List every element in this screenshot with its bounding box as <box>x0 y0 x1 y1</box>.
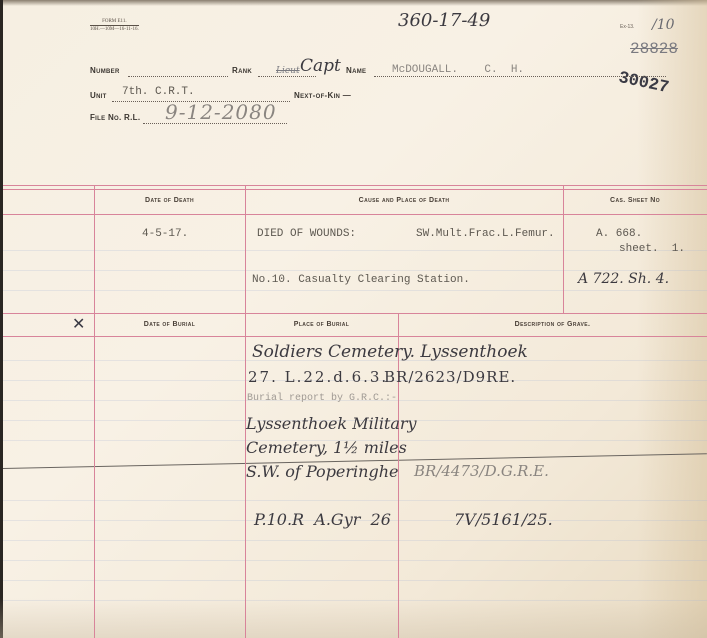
file-no-label: File No. R.L. <box>90 113 140 122</box>
rank-value: Capt <box>300 56 341 76</box>
place-of-death: No.10. Casualty Clearing Station. <box>252 274 470 286</box>
date-of-death: 4-5-17. <box>142 228 188 240</box>
cas-sheet-handwritten: A 722. Sh. 4. <box>578 271 669 287</box>
column-rule <box>245 186 246 638</box>
next-of-kin-label: Next-of-Kin — <box>294 91 351 100</box>
cas-sheet-line2: sheet. 1. <box>619 243 685 255</box>
paper-stain-bottom <box>0 598 707 638</box>
ruled-line <box>3 540 707 541</box>
number-label: Number <box>90 66 120 75</box>
burial-report-line1: Lyssenthoek Military <box>246 414 417 433</box>
column-rule <box>563 186 564 313</box>
ex-label: Ex-13. <box>620 24 634 30</box>
cross-mark: ✕ <box>72 314 85 334</box>
burial-report-line3: S.W. of Poperinghe <box>246 462 398 481</box>
ruled-line <box>3 290 707 291</box>
print-code: 10H.—10M—16-11-16. <box>90 26 139 33</box>
unit-value: 7th. C.R.T. <box>122 86 195 98</box>
paper-top-edge <box>0 0 707 6</box>
cause-of-death: DIED OF WOUNDS: <box>257 228 356 240</box>
header-description-of-grave: Description of Grave. <box>398 321 707 328</box>
header-date-of-death: Date of Death <box>94 197 245 204</box>
form-identifier: FORM E11. 10H.—10M—16-11-16. <box>90 18 139 33</box>
cas-sheet-line1: A. 668. <box>596 228 642 240</box>
paper-stain <box>637 0 707 638</box>
wound-detail: SW.Mult.Frac.L.Femur. <box>416 228 555 240</box>
ruled-line <box>3 580 707 581</box>
column-rule <box>94 186 95 638</box>
rank-struck: Lieut <box>276 66 300 76</box>
ruled-line <box>3 600 707 601</box>
paper-left-edge <box>0 0 3 638</box>
grave-reference: P.10.R A.Gyr 26 <box>254 510 391 529</box>
burial-report-line2: Cemetery, 1½ miles <box>246 438 407 457</box>
top-reference: 360-17-49 <box>398 10 490 31</box>
section-divider <box>3 185 707 190</box>
header-place-of-burial: Place of Burial <box>245 321 398 328</box>
header-date-of-burial: Date of Burial <box>94 321 245 328</box>
file-no-value: 9-12-2080 <box>165 100 277 124</box>
rank-label: Rank <box>232 66 252 75</box>
name-field <box>374 76 666 77</box>
burial-place-ref: BR/2623/D9RE. <box>384 368 516 386</box>
grave-file-ref: 7V/5161/25. <box>454 510 553 529</box>
name-label: Name <box>346 66 366 75</box>
header-rule <box>3 214 707 215</box>
section-divider <box>3 313 707 314</box>
burial-place-line1: Soldiers Cemetery. Lyssenthoek <box>252 342 528 362</box>
name-value: McDOUGALL. C. H. <box>392 64 524 76</box>
header-rule <box>3 336 707 337</box>
ex-mark: /10 <box>652 17 675 33</box>
ruled-line <box>3 500 707 501</box>
burial-report-ref: BR/4473/D.G.R.E. <box>414 462 549 480</box>
rank-field <box>258 76 316 77</box>
burial-place-grid-ref: 27. L.22.d.6.3. <box>248 368 388 386</box>
form-number: FORM E11. <box>90 18 139 26</box>
header-cause-place-of-death: Cause and Place of Death <box>245 197 563 204</box>
unit-label: Unit <box>90 91 107 100</box>
header-cas-sheet-no: Cas. Sheet No <box>563 197 707 204</box>
ruled-line <box>3 560 707 561</box>
burial-report-label: Burial report by G.R.C.:- <box>247 393 397 404</box>
ruled-line <box>3 250 707 251</box>
number-field <box>128 76 228 77</box>
crossed-stamp: 28828 <box>630 40 678 58</box>
